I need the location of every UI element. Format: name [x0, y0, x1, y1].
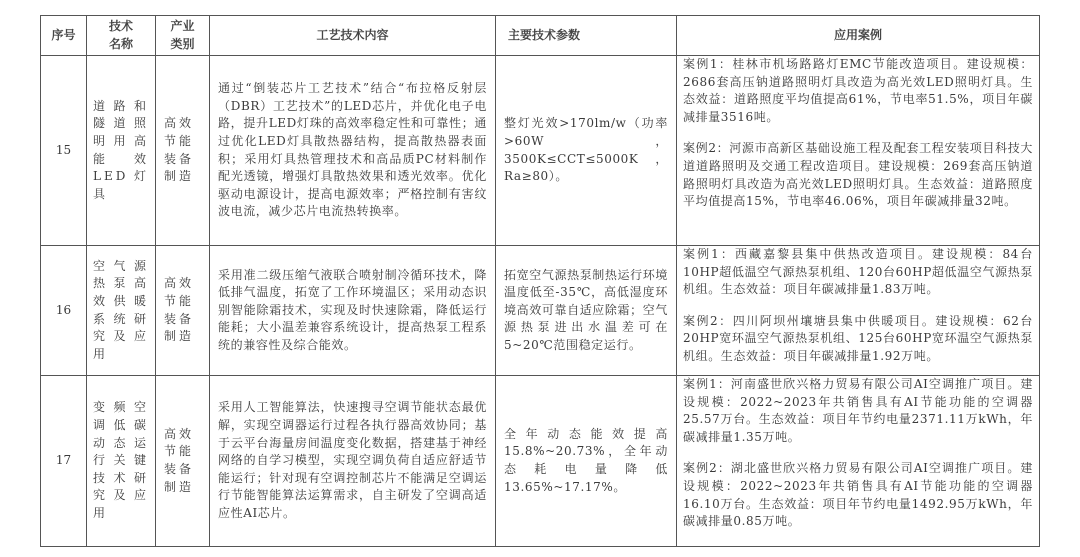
case-item: 案例2：湖北盛世欣兴格力贸易有限公司AI空调推广项目。建设规模：2022~202… — [683, 460, 1033, 530]
technology-table: 序号 技术 名称 产业 类别 工艺技术内容 主要技术参数 应用案例 15 道路和… — [40, 15, 1040, 547]
header-tech-name: 技术 名称 — [87, 16, 156, 56]
row-params: 全年动态能效提高15.8%~20.73%，全年动态耗电量降低13.65%~17.… — [496, 376, 677, 547]
case-item: 案例1：河南盛世欣兴格力贸易有限公司AI空调推广项目。建设规模：2022~202… — [683, 376, 1033, 446]
table-row: 17 变频空调低碳动态运行关键技术研究及应用 高效节能装备制造 采用人工智能算法… — [41, 376, 1040, 547]
row-process: 采用人工智能算法，快速搜寻空调节能状态最优解，实现空调器运行过程各执行器高效协同… — [210, 376, 496, 547]
row-cases: 案例1：西藏嘉黎县集中供热改造项目。建设规模：84台10HP超低温空气源热泵机组… — [677, 246, 1040, 376]
row-index: 16 — [41, 246, 87, 376]
header-industry-line1: 产业 — [156, 18, 209, 36]
row-industry: 高效节能装备制造 — [156, 246, 210, 376]
case-spacer — [683, 299, 1033, 313]
row-tech-name: 变频空调低碳动态运行关键技术研究及应用 — [87, 376, 156, 547]
row-cases: 案例1：桂林市机场路路灯EMC节能改造项目。建设规模：2686套高压钠道路照明灯… — [677, 56, 1040, 246]
row-index: 17 — [41, 376, 87, 547]
header-industry: 产业 类别 — [156, 16, 210, 56]
header-tech-name-line1: 技术 — [87, 18, 155, 36]
table-row: 15 道路和隧道照明用高能效LED灯具 高效节能装备制造 通过“倒装芯片工艺技术… — [41, 56, 1040, 246]
table-row: 16 空气源热泵高效供暖系统研究及应用 高效节能装备制造 采用准二级压缩气液联合… — [41, 246, 1040, 376]
header-cases: 应用案例 — [677, 16, 1040, 56]
row-index: 15 — [41, 56, 87, 246]
header-tech-name-line2: 名称 — [87, 36, 155, 54]
row-industry: 高效节能装备制造 — [156, 376, 210, 547]
case-spacer — [683, 126, 1033, 140]
header-row: 序号 技术 名称 产业 类别 工艺技术内容 主要技术参数 应用案例 — [41, 16, 1040, 56]
case-item: 案例2：四川阿坝州壤塘县集中供暖项目。建设规模：62台20HP宽环温空气源热泵机… — [683, 313, 1033, 366]
row-process: 采用准二级压缩气液联合喷射制冷循环技术，降低排气温度，拓宽了工作环境温区；采用动… — [210, 246, 496, 376]
header-index: 序号 — [41, 16, 87, 56]
header-params: 主要技术参数 — [496, 16, 677, 56]
row-tech-name: 道路和隧道照明用高能效LED灯具 — [87, 56, 156, 246]
case-item: 案例2：河源市高新区基础设施工程及配套工程安装项目科技大道道路照明及交通工程改造… — [683, 140, 1033, 210]
case-item: 案例1：西藏嘉黎县集中供热改造项目。建设规模：84台10HP超低温空气源热泵机组… — [683, 246, 1033, 299]
case-item: 案例1：桂林市机场路路灯EMC节能改造项目。建设规模：2686套高压钠道路照明灯… — [683, 56, 1033, 126]
header-process: 工艺技术内容 — [210, 16, 496, 56]
row-tech-name: 空气源热泵高效供暖系统研究及应用 — [87, 246, 156, 376]
row-params: 整灯光效>170lm/w（功率>60W，3500K≤CCT≤5000K，Ra≥8… — [496, 56, 677, 246]
row-cases: 案例1：河南盛世欣兴格力贸易有限公司AI空调推广项目。建设规模：2022~202… — [677, 376, 1040, 547]
row-industry: 高效节能装备制造 — [156, 56, 210, 246]
header-industry-line2: 类别 — [156, 36, 209, 54]
case-spacer — [683, 446, 1033, 460]
row-params: 拓宽空气源热泵制热运行环境温度低至-35℃，高低湿度环境高效可靠自适应除霜；空气… — [496, 246, 677, 376]
row-process: 通过“倒装芯片工艺技术”结合“布拉格反射层（DBR）工艺技术”的LED芯片，并优… — [210, 56, 496, 246]
